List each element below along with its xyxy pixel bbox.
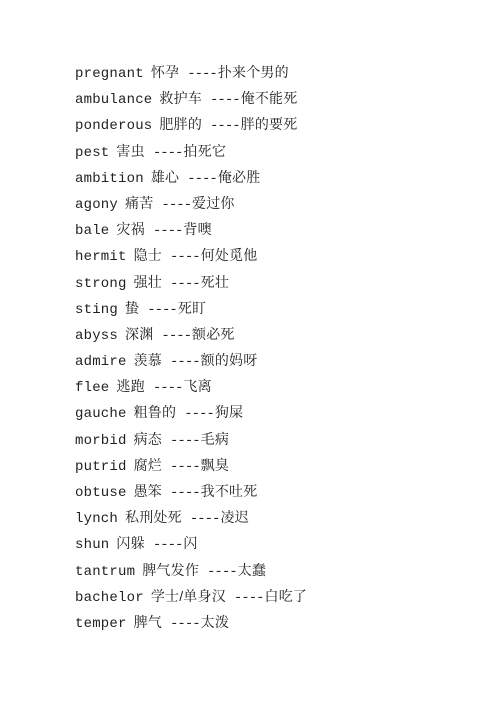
dash-separator: ---- [153, 145, 183, 161]
chinese-meaning: 蛰 [125, 300, 139, 316]
vocab-line: temper脾气----太泼 [75, 609, 480, 635]
dash-separator: ---- [170, 459, 200, 475]
chinese-meaning: 病态 [134, 431, 162, 447]
dash-separator: ---- [184, 406, 214, 422]
english-word: putrid [75, 459, 127, 475]
chinese-meaning: 脾气 [134, 614, 162, 630]
vocab-line: sting蛰----死盯 [75, 295, 480, 321]
mnemonic-phrase: 死盯 [178, 300, 206, 316]
english-word: lynch [75, 511, 118, 527]
chinese-meaning: 肥胖的 [159, 116, 202, 132]
english-word: strong [75, 276, 127, 292]
chinese-meaning: 灾祸 [116, 221, 144, 237]
english-word: ambition [75, 171, 144, 187]
english-word: morbid [75, 433, 127, 449]
english-word: bachelor [75, 590, 144, 606]
vocab-line: lynch私刑处死----凌迟 [75, 504, 480, 530]
chinese-meaning: 粗鲁的 [134, 404, 177, 420]
dash-separator: ---- [161, 328, 191, 344]
chinese-meaning: 腐烂 [134, 457, 162, 473]
chinese-meaning: 深渊 [125, 326, 153, 342]
vocab-list: pregnant怀孕----扑来个男的ambulance救护车----俺不能死p… [75, 59, 480, 635]
mnemonic-phrase: 凌迟 [220, 509, 248, 525]
english-word: hermit [75, 249, 127, 265]
mnemonic-phrase: 飘臭 [201, 457, 229, 473]
chinese-meaning: 怀孕 [151, 64, 179, 80]
vocab-line: tantrum脾气发作----太蠢 [75, 557, 480, 583]
vocab-line: strong强壮----死壮 [75, 269, 480, 295]
chinese-meaning: 私刑处死 [125, 509, 182, 525]
chinese-meaning: 学士/单身汉 [151, 588, 226, 604]
english-word: bale [75, 223, 109, 239]
mnemonic-phrase: 俺不能死 [241, 90, 298, 106]
chinese-meaning: 救护车 [159, 90, 202, 106]
english-word: ponderous [75, 118, 152, 134]
english-word: tantrum [75, 564, 135, 580]
english-word: admire [75, 354, 127, 370]
vocab-line: obtuse愚笨----我不吐死 [75, 478, 480, 504]
dash-separator: ---- [147, 302, 177, 318]
vocab-line: gauche粗鲁的----狗屎 [75, 399, 480, 425]
mnemonic-phrase: 狗屎 [215, 404, 243, 420]
dash-separator: ---- [187, 66, 217, 82]
english-word: flee [75, 380, 109, 396]
vocab-line: shun闪躲----闪 [75, 530, 480, 556]
dash-separator: ---- [210, 118, 240, 134]
mnemonic-phrase: 拍死它 [183, 143, 226, 159]
english-word: agony [75, 197, 118, 213]
dash-separator: ---- [207, 564, 237, 580]
mnemonic-phrase: 白吃了 [265, 588, 308, 604]
mnemonic-phrase: 太蠢 [238, 562, 266, 578]
english-word: pest [75, 145, 109, 161]
vocab-line: morbid病态----毛病 [75, 426, 480, 452]
mnemonic-phrase: 爱过你 [192, 195, 235, 211]
chinese-meaning: 雄心 [151, 169, 179, 185]
english-word: shun [75, 537, 109, 553]
dash-separator: ---- [170, 485, 200, 501]
vocab-line: bachelor学士/单身汉----白吃了 [75, 583, 480, 609]
mnemonic-phrase: 额必死 [192, 326, 235, 342]
mnemonic-phrase: 扑来个男的 [218, 64, 289, 80]
mnemonic-phrase: 太泼 [201, 614, 229, 630]
chinese-meaning: 害虫 [116, 143, 144, 159]
english-word: obtuse [75, 485, 127, 501]
mnemonic-phrase: 死壮 [201, 274, 229, 290]
vocab-line: admire羡慕----额的妈呀 [75, 347, 480, 373]
chinese-meaning: 脾气发作 [142, 562, 199, 578]
dash-separator: ---- [170, 354, 200, 370]
chinese-meaning: 羡慕 [134, 352, 162, 368]
english-word: temper [75, 616, 127, 632]
english-word: sting [75, 302, 118, 318]
vocab-line: putrid腐烂----飘臭 [75, 452, 480, 478]
dash-separator: ---- [170, 433, 200, 449]
dash-separator: ---- [161, 197, 191, 213]
mnemonic-phrase: 何处觅他 [201, 247, 258, 263]
dash-separator: ---- [170, 249, 200, 265]
vocab-line: pest害虫----拍死它 [75, 138, 480, 164]
vocab-line: abyss深渊----额必死 [75, 321, 480, 347]
vocab-line: flee逃跑----飞离 [75, 373, 480, 399]
dash-separator: ---- [153, 223, 183, 239]
mnemonic-phrase: 背噢 [183, 221, 211, 237]
chinese-meaning: 痛苦 [125, 195, 153, 211]
mnemonic-phrase: 飞离 [183, 378, 211, 394]
chinese-meaning: 闪躲 [116, 535, 144, 551]
mnemonic-phrase: 胖的要死 [241, 116, 298, 132]
mnemonic-phrase: 额的妈呀 [201, 352, 258, 368]
vocab-line: hermit隐士----何处觅他 [75, 242, 480, 268]
english-word: pregnant [75, 66, 144, 82]
chinese-meaning: 强壮 [134, 274, 162, 290]
dash-separator: ---- [153, 380, 183, 396]
english-word: gauche [75, 406, 127, 422]
dash-separator: ---- [190, 511, 220, 527]
chinese-meaning: 愚笨 [134, 483, 162, 499]
dash-separator: ---- [234, 590, 264, 606]
mnemonic-phrase: 毛病 [201, 431, 229, 447]
dash-separator: ---- [187, 171, 217, 187]
document-page: pregnant怀孕----扑来个男的ambulance救护车----俺不能死p… [0, 0, 500, 707]
vocab-line: bale灾祸----背噢 [75, 216, 480, 242]
chinese-meaning: 隐士 [134, 247, 162, 263]
dash-separator: ---- [170, 276, 200, 292]
mnemonic-phrase: 俺必胜 [218, 169, 261, 185]
mnemonic-phrase: 闪 [183, 535, 197, 551]
vocab-line: agony痛苦----爱过你 [75, 190, 480, 216]
vocab-line: ambulance救护车----俺不能死 [75, 85, 480, 111]
chinese-meaning: 逃跑 [116, 378, 144, 394]
vocab-line: ponderous肥胖的----胖的要死 [75, 111, 480, 137]
vocab-line: ambition雄心----俺必胜 [75, 164, 480, 190]
english-word: ambulance [75, 92, 152, 108]
dash-separator: ---- [210, 92, 240, 108]
dash-separator: ---- [170, 616, 200, 632]
vocab-line: pregnant怀孕----扑来个男的 [75, 59, 480, 85]
dash-separator: ---- [153, 537, 183, 553]
english-word: abyss [75, 328, 118, 344]
mnemonic-phrase: 我不吐死 [201, 483, 258, 499]
